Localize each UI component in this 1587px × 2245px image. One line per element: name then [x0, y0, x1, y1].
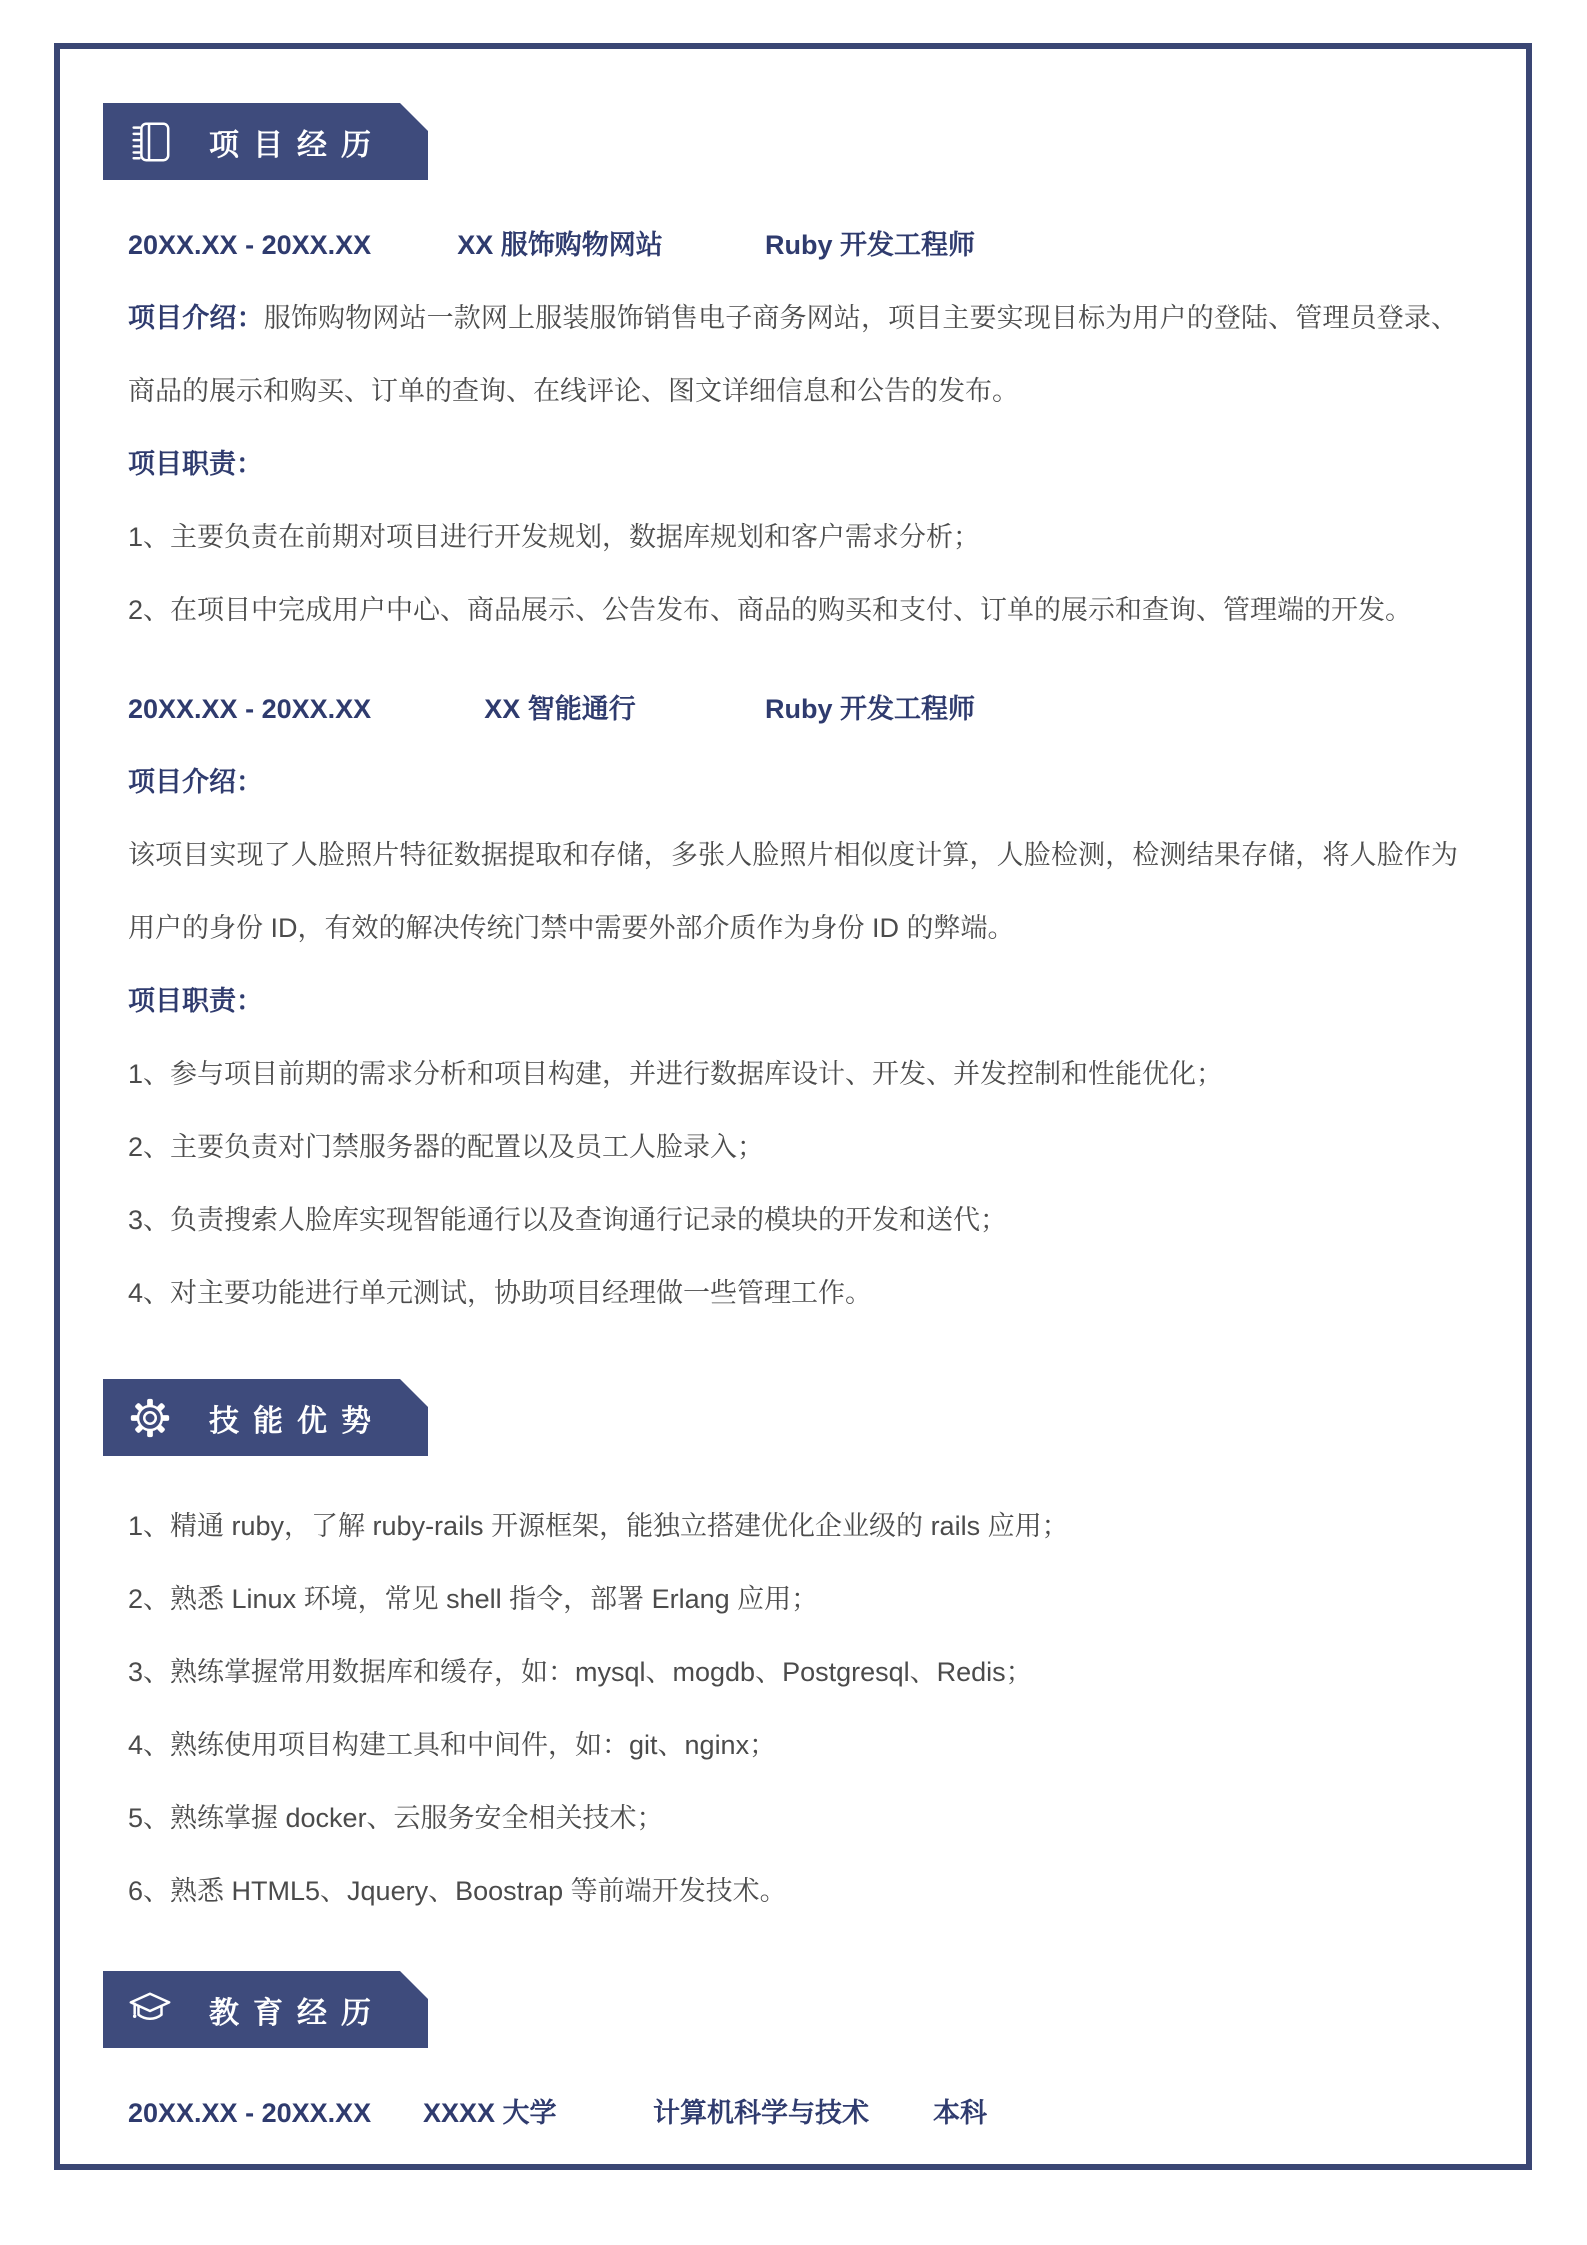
education-school: XXXX 大学 — [423, 2077, 653, 2150]
project-name: XX 服饰购物网站 — [400, 209, 720, 282]
project-duty: 1、参与项目前期的需求分析和项目构建，并进行数据库设计、开发、并发控制和性能优化… — [128, 1038, 1458, 1111]
project-duty: 2、主要负责对门禁服务器的配置以及员工人脸录入； — [128, 1111, 1458, 1184]
resume-page: 项目经历 20XX.XX - 20XX.XX XX 服饰购物网站 Ruby 开发… — [0, 0, 1587, 2245]
project-duties-label: 项目职责： — [128, 428, 1458, 501]
skill-item: 4、熟练使用项目构建工具和中间件，如：git、nginx； — [128, 1709, 1458, 1782]
project-period: 20XX.XX - 20XX.XX — [128, 673, 400, 746]
skill-item: 1、精通 ruby，了解 ruby-rails 开源框架，能独立搭建优化企业级的… — [128, 1490, 1458, 1563]
section-header-projects: 项目经历 — [103, 103, 428, 180]
section-title-projects: 项目经历 — [209, 120, 385, 164]
project-intro-label: 项目介绍： — [128, 746, 1458, 819]
project-duty: 3、负责搜索人脸库实现智能通行以及查询通行记录的模块的开发和送代； — [128, 1184, 1458, 1257]
notebook-icon — [127, 119, 173, 165]
section-title-skills: 技能优势 — [209, 1396, 385, 1440]
education-period: 20XX.XX - 20XX.XX — [128, 2077, 423, 2150]
skill-item: 2、熟悉 Linux 环境，常见 shell 指令，部署 Erlang 应用； — [128, 1563, 1458, 1636]
project-role: Ruby 开发工程师 — [720, 673, 1020, 746]
resume-content: 项目经历 20XX.XX - 20XX.XX XX 服饰购物网站 Ruby 开发… — [128, 0, 1458, 2150]
project-duty: 2、在项目中完成用户中心、商品展示、公告发布、商品的购买和支付、订单的展示和查询… — [128, 574, 1458, 647]
section-header-education: 教育经历 — [103, 1971, 428, 2048]
project-duty: 4、对主要功能进行单元测试，协助项目经理做一些管理工作。 — [128, 1257, 1458, 1330]
graduation-cap-icon — [127, 1987, 173, 2033]
project-duty: 1、主要负责在前期对项目进行开发规划，数据库规划和客户需求分析； — [128, 501, 1458, 574]
project-intro-label: 项目介绍： — [128, 303, 264, 333]
gear-icon — [127, 1395, 173, 1441]
project-intro: 项目介绍：服饰购物网站一款网上服装服饰销售电子商务网站，项目主要实现目标为用户的… — [128, 282, 1458, 428]
project-header-row: 20XX.XX - 20XX.XX XX 智能通行 Ruby 开发工程师 — [128, 673, 1458, 746]
education-degree: 本科 — [933, 2077, 1458, 2150]
project-period: 20XX.XX - 20XX.XX — [128, 209, 400, 282]
section-title-education: 教育经历 — [209, 1988, 385, 2032]
section-header-skills: 技能优势 — [103, 1379, 428, 1456]
project-duties-label: 项目职责： — [128, 965, 1458, 1038]
project-intro-text: 服饰购物网站一款网上服装服饰销售电子商务网站，项目主要实现目标为用户的登陆、管理… — [128, 303, 1458, 406]
skill-item: 5、熟练掌握 docker、云服务安全相关技术； — [128, 1782, 1458, 1855]
project-intro-text: 该项目实现了人脸照片特征数据提取和存储，多张人脸照片相似度计算，人脸检测，检测结… — [128, 819, 1458, 965]
skill-item: 3、熟练掌握常用数据库和缓存，如：mysql、mogdb、Postgresql、… — [128, 1636, 1458, 1709]
education-major: 计算机科学与技术 — [653, 2077, 933, 2150]
project-header-row: 20XX.XX - 20XX.XX XX 服饰购物网站 Ruby 开发工程师 — [128, 209, 1458, 282]
skill-item: 6、熟悉 HTML5、Jquery、Boostrap 等前端开发技术。 — [128, 1855, 1458, 1928]
project-role: Ruby 开发工程师 — [720, 209, 1020, 282]
project-name: XX 智能通行 — [400, 673, 720, 746]
education-row: 20XX.XX - 20XX.XX XXXX 大学 计算机科学与技术 本科 — [128, 2077, 1458, 2150]
